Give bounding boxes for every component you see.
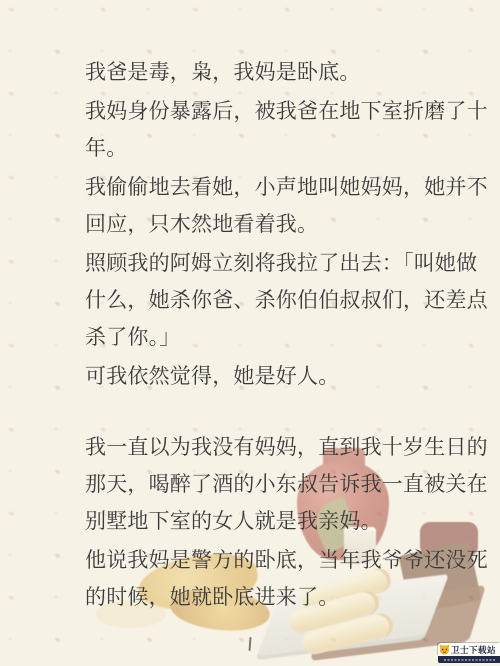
story-line: 年。 [85,130,449,167]
story-line: 他说我妈是警方的卧底，当年我爷爷还没死 [85,542,449,579]
story-line: 什么，她杀你爸、杀你伯伯叔叔们，还差点 [85,282,449,319]
story-line: 我爸是毒，枭，我妈是卧底。 [85,54,449,91]
story-paragraph: 我偷偷地去看她，小声地叫她妈妈，她并不回应，只木然地看着我。 [85,169,449,243]
watermark-badge: 卫士下载站 [438,643,500,663]
story-line: 照顾我的阿姆立刻将我拉了出去：「叫她做 [85,245,449,282]
story-paragraph: 我妈身份暴露后，被我爸在地下室折磨了十年。 [85,93,449,167]
story-paragraph: 我一直以为我没有妈妈，直到我十岁生日的那天，喝醉了酒的小东叔告诉我一直被关在别墅… [85,429,449,540]
watermark-tagline [438,656,500,663]
story-line: 我偷偷地去看她，小声地叫她妈妈，她并不 [85,169,449,206]
story-line: 我一直以为我没有妈妈，直到我十岁生日的 [85,429,449,466]
story-text: 我爸是毒，枭，我妈是卧底。我妈身份暴露后，被我爸在地下室折磨了十年。我偷偷地去看… [85,54,449,618]
story-line: 杀了你。」 [85,319,449,356]
story-paragraph: 照顾我的阿姆立刻将我拉了出去：「叫她做什么，她杀你爸、杀你伯伯叔叔们，还差点杀了… [85,245,449,356]
story-paragraph: 他说我妈是警方的卧底，当年我爷爷还没死的时候，她就卧底进来了。 [85,542,449,616]
watermark-site-name: 卫士下载站 [451,644,496,656]
story-line: 的时候，她就卧底进来了。 [85,579,449,616]
story-line: 可我依然觉得，她是好人。 [85,358,449,395]
story-line: 别墅地下室的女人就是我亲妈。 [85,503,449,540]
story-line: 我妈身份暴露后，被我爸在地下室折磨了十 [85,93,449,130]
story-line: 回应，只木然地看着我。 [85,206,449,243]
story-line: 那天，喝醉了酒的小东叔告诉我一直被关在 [85,466,449,503]
story-page: 我爸是毒，枭，我妈是卧底。我妈身份暴露后，被我爸在地下室折磨了十年。我偷偷地去看… [0,0,500,666]
watermark-header: 卫士下载站 [438,643,500,656]
story-paragraph: 我爸是毒，枭，我妈是卧底。 [85,54,449,91]
mascot-cat-icon [439,644,450,655]
story-paragraph: 可我依然觉得，她是好人。 [85,358,449,395]
